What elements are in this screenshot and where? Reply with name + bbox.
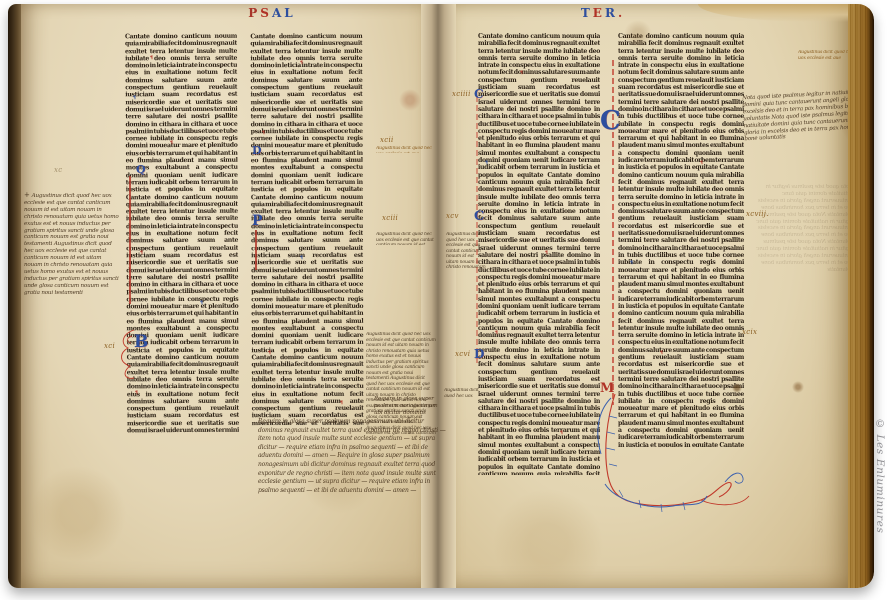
gilt-fore-edge bbox=[848, 4, 874, 588]
psalm-numeral-xc: xc bbox=[54, 166, 62, 174]
rubric-mark: ¶ bbox=[660, 350, 663, 356]
margin-cross-mark: + bbox=[24, 192, 30, 199]
initial-C1: C bbox=[474, 88, 484, 100]
penwork-descender-P bbox=[255, 230, 257, 270]
initial-C2: C bbox=[474, 210, 484, 223]
running-title-letter: T bbox=[581, 6, 593, 20]
running-title-left: PSAL bbox=[230, 4, 314, 22]
running-title-letter: E bbox=[593, 6, 605, 20]
margin-rubric-word: Augustinus dicit quod hec uox ecclesie e… bbox=[376, 146, 432, 153]
penwork-flourish-B bbox=[112, 326, 138, 382]
photo-credit: © Les Enluminures bbox=[874, 418, 886, 590]
rubric-mark: ¶ bbox=[133, 95, 136, 101]
initial-D2: D bbox=[474, 348, 484, 360]
bottom-cursive-note: Require in glosa super psalmum nonagesim… bbox=[258, 418, 446, 540]
gutter-margin-word: Augustinus dicit quod hec uox ecclesie e… bbox=[444, 388, 490, 397]
manuscript-book: PSAL TER. Cantate domino canticum nouum … bbox=[8, 4, 874, 588]
running-title-letter: S bbox=[260, 6, 272, 20]
rubric-mark: ¶ bbox=[170, 140, 173, 146]
psalm-numeral-xciiii: xciiii bbox=[452, 90, 471, 98]
psalm-numeral-xcv: xcv bbox=[446, 212, 459, 220]
psalm-numeral-xcviii: xcviij. bbox=[746, 210, 769, 218]
manuscript-photograph: PSAL TER. Cantate domino canticum nouum … bbox=[0, 0, 894, 600]
outer-margin-heading: Augustinus dicit quod hec uox ecclesie e… bbox=[798, 50, 854, 59]
rubric-mark: ¶ bbox=[630, 260, 633, 266]
rubric-mark: ¶ bbox=[268, 350, 271, 356]
margin-note-small: Augustinus dicit quod hec uox ecclesie e… bbox=[376, 232, 436, 245]
rubric-mark: ¶ bbox=[700, 160, 703, 166]
rubric-mark: ¶ bbox=[150, 55, 153, 61]
right-text-column-2: Cantate domino canticum nouum quia mirab… bbox=[618, 33, 744, 447]
left-margin-gloss: +Augustinus dicit quod hec uox ecclesie … bbox=[24, 192, 120, 304]
psalm-numeral-xciii: xciii bbox=[382, 214, 398, 222]
rubric-mark: ¶ bbox=[140, 250, 143, 256]
filigree-line-col1 bbox=[476, 96, 478, 366]
rubric-mark: ¶ bbox=[200, 300, 203, 306]
bleed-through-text: Nota quod iste psalmus legitur in natiui… bbox=[750, 184, 854, 334]
running-title-right: TER. bbox=[568, 4, 638, 22]
penwork-descender bbox=[129, 176, 131, 304]
rubric-mark: ¶ bbox=[560, 430, 563, 436]
left-page-edges bbox=[8, 4, 21, 588]
rubric-mark: ¶ bbox=[135, 390, 138, 396]
rubric-mark: ¶ bbox=[300, 255, 303, 261]
psalm-numeral-xcvi: xcvi bbox=[455, 350, 470, 358]
rubric-mark: ¶ bbox=[262, 130, 265, 136]
rubric-mark: ¶ bbox=[340, 400, 343, 406]
rubric-mark: ¶ bbox=[640, 70, 643, 76]
initial-D: D bbox=[252, 145, 262, 156]
initial-C-large: C bbox=[600, 108, 621, 134]
left-text-column-2: Cantate domino canticum nouum quia mirab… bbox=[250, 33, 363, 425]
rubric-mark: ¶ bbox=[545, 250, 548, 256]
running-title-letter: R bbox=[605, 6, 618, 20]
initial-P: P bbox=[252, 214, 263, 228]
running-title-letter: . bbox=[618, 6, 625, 20]
psalm-numeral-xcii: xcii bbox=[380, 136, 394, 144]
left-margin-gloss-text: Augustinus dicit quod hec uox ecclesie e… bbox=[24, 193, 119, 296]
running-title-letter: A bbox=[272, 6, 284, 20]
rubric-mark: ¶ bbox=[495, 330, 498, 336]
left-text-column-1: Cantate domino canticum nouum quia mirab… bbox=[125, 33, 239, 434]
initial-Q: Q bbox=[136, 164, 146, 175]
addendum-note: Require in glosa super psalmum nonagesim… bbox=[374, 396, 446, 418]
running-title-letter: L bbox=[284, 6, 295, 20]
rubric-mark: ¶ bbox=[520, 70, 523, 76]
psalm-numeral-xcix: xcix bbox=[742, 328, 757, 336]
cadel-flourish bbox=[553, 386, 763, 536]
rubric-mark: ¶ bbox=[300, 60, 303, 66]
running-title-letter: P bbox=[248, 6, 260, 20]
rubric-mark: ¶ bbox=[485, 160, 488, 166]
gutter-margin-note: Augustinus dicit quod hec uox ecclesie e… bbox=[446, 232, 486, 270]
